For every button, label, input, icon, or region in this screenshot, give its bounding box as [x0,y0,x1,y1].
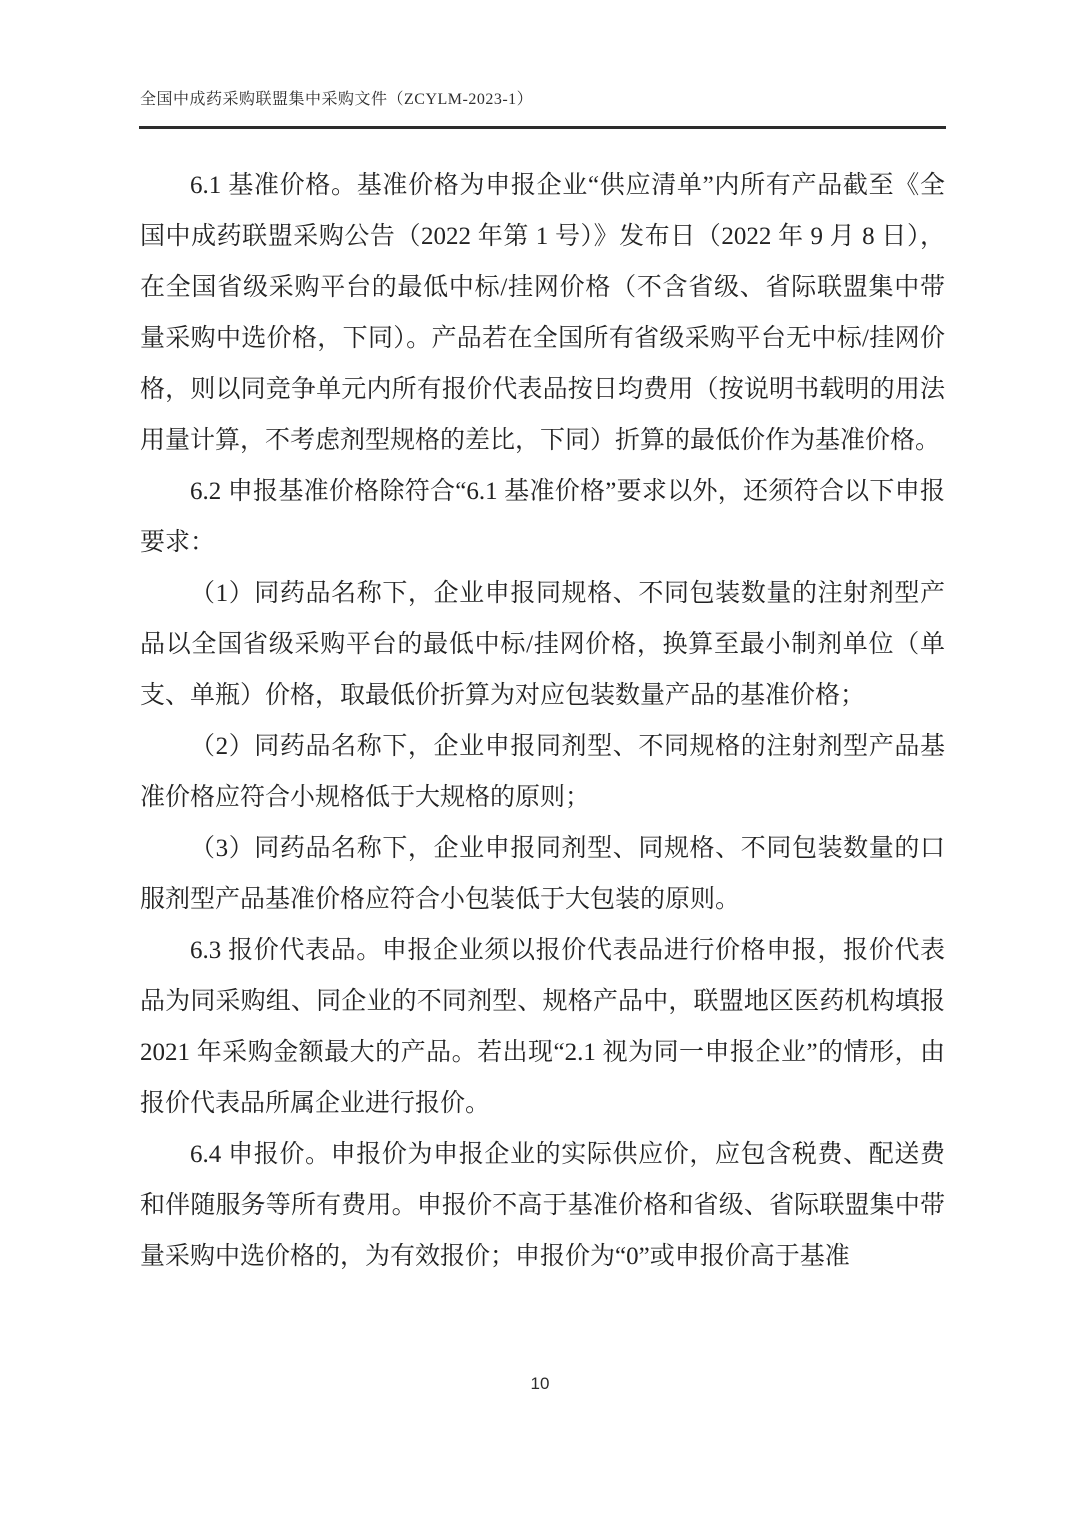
paragraph-6-2-item-1: （1）同药品名称下，企业申报同规格、不同包装数量的注射剂型产品以全国省级采购平台… [140,568,945,721]
paragraph-6-2-item-3: （3）同药品名称下，企业申报同剂型、同规格、不同包装数量的口服剂型产品基准价格应… [140,823,945,925]
paragraph-6-1: 6.1 基准价格。基准价格为申报企业“供应清单”内所有产品截至《全国中成药联盟采… [140,160,945,466]
document-body: 6.1 基准价格。基准价格为申报企业“供应清单”内所有产品截至《全国中成药联盟采… [140,160,945,1282]
header-divider [139,126,946,129]
paragraph-6-3: 6.3 报价代表品。申报企业须以报价代表品进行价格申报，报价代表品为同采购组、同… [140,925,945,1129]
paragraph-6-4: 6.4 申报价。申报价为申报企业的实际供应价，应包含税费、配送费和伴随服务等所有… [140,1129,945,1282]
paragraph-6-2: 6.2 申报基准价格除符合“6.1 基准价格”要求以外，还须符合以下申报要求： [140,466,945,568]
page-header-title: 全国中成药采购联盟集中采购文件（ZCYLM-2023-1） [140,88,946,112]
document-page: 全国中成药采购联盟集中采购文件（ZCYLM-2023-1） 6.1 基准价格。基… [0,0,1080,1526]
paragraph-6-2-item-2: （2）同药品名称下，企业申报同剂型、不同规格的注射剂型产品基准价格应符合小规格低… [140,721,945,823]
page-number: 10 [0,1374,1080,1394]
